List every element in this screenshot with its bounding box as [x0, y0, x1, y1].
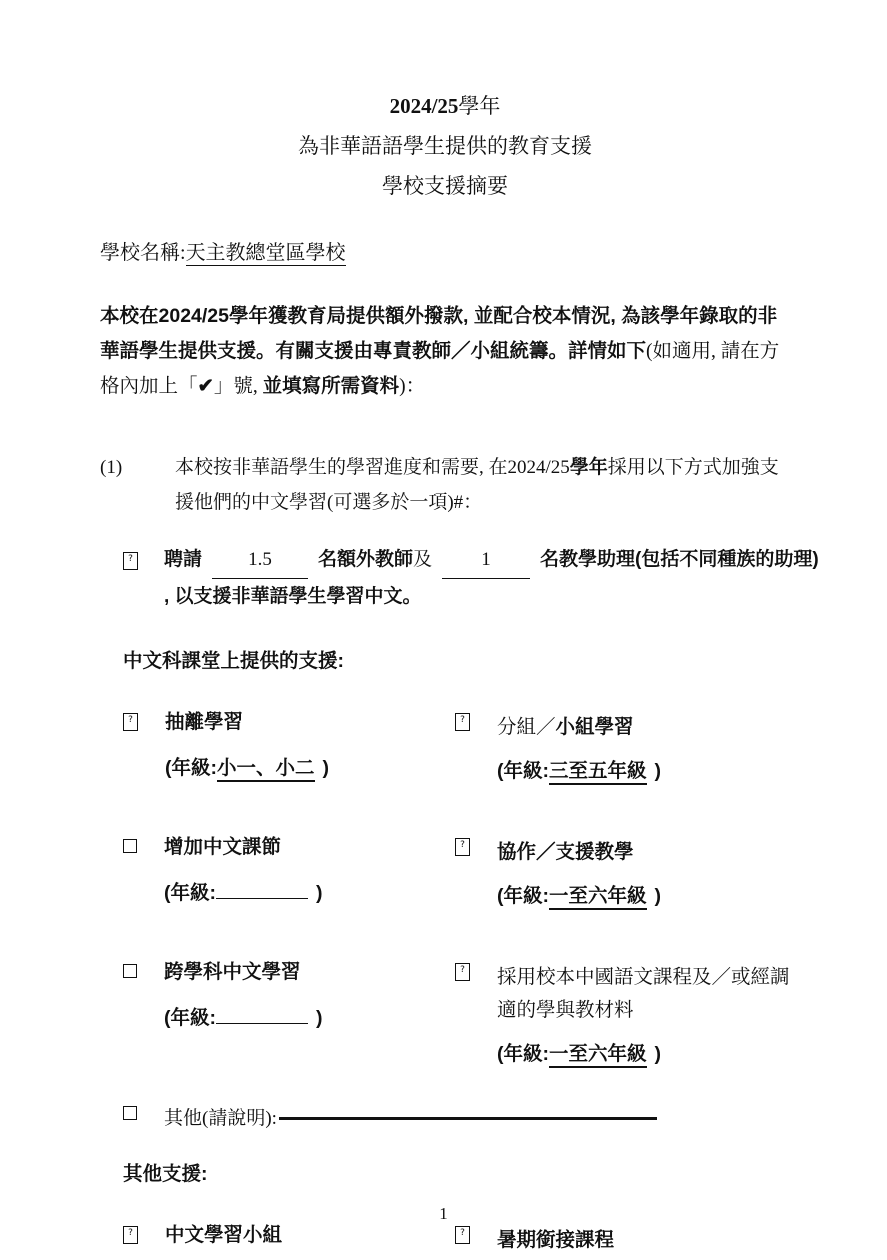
grade-blank-field — [216, 884, 308, 899]
support-grid-row-1: ? 抽離學習 (年級:小一、小二) ? 分組／小組學習 (年級:三至五年級) — [100, 711, 790, 786]
support-cell-coteaching: ? 協作／支援教學 (年級:一至六年級) — [432, 836, 797, 911]
teacher-count-field: 1.5 — [212, 542, 308, 579]
checkbox-empty-icon — [123, 1106, 137, 1120]
checkbox-empty-icon — [123, 964, 137, 978]
checkbox-checked-icon: ? — [455, 713, 470, 731]
item-1: (1) 本校按非華語學生的學習進度和需要, 在2024/25學年採用以下方式加強… — [100, 450, 790, 520]
grade-close: ) — [316, 882, 323, 904]
grade-line: (年級:三至五年級) — [497, 756, 797, 786]
grade-label: (年級: — [164, 882, 216, 904]
grade-label: (年級: — [497, 885, 549, 907]
support-label: 採用校本中國語文課程及／或經調適的學與教材料 — [497, 961, 797, 1027]
grade-value: 一至六年級 — [549, 1043, 647, 1068]
hire-mid: 名額外教師 — [318, 549, 413, 570]
support-grid-row-2: 增加中文課節 (年級:) ? 協作／支援教學 (年級:一至六年級) — [100, 836, 790, 911]
checkbox-empty-icon — [123, 839, 137, 853]
grade-line: (年級:) — [164, 1003, 323, 1033]
support-label: 增加中文課節 — [164, 836, 323, 858]
support-label-bold: 小組學習 — [556, 716, 634, 738]
other-specify-label: 其他(請說明): — [164, 1103, 277, 1130]
other-specify-row: 其他(請說明): — [100, 1103, 790, 1130]
support-cell-grouping: ? 分組／小組學習 (年級:三至五年級) — [432, 711, 797, 786]
grade-label: (年級: — [497, 1043, 549, 1065]
grade-value: 小一、小二 — [217, 757, 315, 782]
grade-close: ) — [316, 1007, 323, 1029]
support-label: 協作／支援教學 — [497, 836, 797, 869]
grade-line: (年級:一至六年級) — [497, 1039, 797, 1069]
checkbox-checked-icon: ? — [455, 963, 470, 981]
page-number: 1 — [0, 1204, 887, 1224]
other-support-row-1: ? 中文學習小組 ? 暑期銜接課程 — [100, 1224, 790, 1257]
support-cell-cross-curricular: 跨學科中文學習 (年級:) — [100, 961, 432, 1033]
title-line-3: 學校支援摘要 — [100, 166, 790, 206]
checkbox-checked-icon: ? — [455, 838, 470, 856]
class-support-heading: 中文科課堂上提供的支援: — [123, 645, 790, 673]
item-1-text-pre: 本校按非華語學生的學習進度和需要, 在2024/25 — [175, 457, 570, 478]
title-year-bold: 2024/25 — [390, 94, 459, 118]
checkbox-checked-icon: ? — [123, 1226, 138, 1244]
checkbox-checked-icon: ? — [455, 1226, 470, 1244]
intro-regular-text-3: )： — [399, 376, 425, 397]
assistant-count-field: 1 — [442, 542, 530, 579]
school-name-value: 天主教總堂區學校 — [186, 242, 346, 266]
grade-value: 一至六年級 — [549, 885, 647, 910]
grade-close: ) — [655, 1043, 662, 1065]
checkmark-icon: ✔ — [198, 375, 214, 397]
grade-line: (年級:一至六年級) — [497, 881, 797, 911]
support-label: 暑期銜接課程 — [497, 1224, 797, 1257]
school-name-label: 學校名稱: — [100, 242, 186, 264]
support-cell-pullout: ? 抽離學習 (年級:小一、小二) — [100, 711, 432, 783]
grade-close: ) — [655, 760, 662, 782]
support-label: 跨學科中文學習 — [164, 961, 323, 983]
support-label: 分組／小組學習 — [497, 711, 797, 744]
grade-value: 三至五年級 — [549, 760, 647, 785]
grade-line: (年級:小一、小二) — [165, 753, 329, 783]
support-grid-row-3: 跨學科中文學習 (年級:) ? 採用校本中國語文課程及／或經調適的學與教材料 (… — [100, 961, 790, 1069]
item-1-text: 本校按非華語學生的學習進度和需要, 在2024/25學年採用以下方式加強支援他們… — [175, 450, 790, 520]
intro-bold-text-2: 並填寫所需資料 — [263, 375, 400, 397]
school-name-line: 學校名稱:天主教總堂區學校 — [100, 236, 790, 265]
document-title: 2024/25學年 為非華語語學生提供的教育支援 學校支援摘要 — [100, 86, 790, 206]
support-cell-chinese-learning-group: ? 中文學習小組 — [100, 1224, 432, 1246]
checkbox-checked-icon: ? — [123, 713, 138, 731]
item-1-text-bold: 學年 — [570, 457, 608, 478]
support-label: 中文學習小組 — [165, 1224, 282, 1246]
hire-teachers-text: 聘請1.5名額外教師及1名教學助理(包括不同種族的助理) , 以支援非華語學生學… — [164, 542, 819, 615]
support-label-regular: 分組／ — [497, 717, 556, 738]
grade-line: (年級:) — [164, 878, 323, 908]
support-cell-adapted-curriculum: ? 採用校本中國語文課程及／或經調適的學與教材料 (年級:一至六年級) — [432, 961, 797, 1069]
hire-post: 名教學助理(包括不同種族的助理) — [540, 549, 819, 570]
support-cell-summer-bridging: ? 暑期銜接課程 — [432, 1224, 797, 1257]
title-line-year: 2024/25學年 — [100, 86, 790, 126]
hire-and: 及 — [413, 549, 432, 570]
hire-line-2: , 以支援非華語學生學習中文。 — [164, 579, 819, 615]
checkbox-checked-icon: ? — [123, 552, 138, 570]
grade-blank-field — [216, 1009, 308, 1024]
grade-close: ) — [655, 885, 662, 907]
grade-close: ) — [323, 757, 330, 779]
grade-label: (年級: — [164, 1007, 216, 1029]
document-page: 2024/25學年 為非華語語學生提供的教育支援 學校支援摘要 學校名稱:天主教… — [0, 0, 887, 1260]
hire-teachers-row: ? 聘請1.5名額外教師及1名教學助理(包括不同種族的助理) , 以支援非華語學… — [100, 542, 790, 615]
hire-line-1: 聘請1.5名額外教師及1名教學助理(包括不同種族的助理) — [164, 542, 819, 579]
intro-regular-text-2: 」號, — [214, 376, 263, 397]
grade-label: (年級: — [497, 760, 549, 782]
title-year-rest: 學年 — [458, 94, 500, 118]
intro-paragraph: 本校在2024/25學年獲教育局提供額外撥款, 並配合校本情況, 為該學年錄取的… — [100, 299, 790, 404]
item-1-number: (1) — [100, 450, 175, 520]
other-specify-blank-field — [279, 1103, 657, 1120]
support-cell-more-lessons: 增加中文課節 (年級:) — [100, 836, 432, 908]
grade-label: (年級: — [165, 757, 217, 779]
support-label: 抽離學習 — [165, 711, 329, 733]
other-support-heading: 其他支援: — [123, 1158, 790, 1186]
title-line-2: 為非華語語學生提供的教育支援 — [100, 126, 790, 166]
hire-pre: 聘請 — [164, 549, 202, 570]
